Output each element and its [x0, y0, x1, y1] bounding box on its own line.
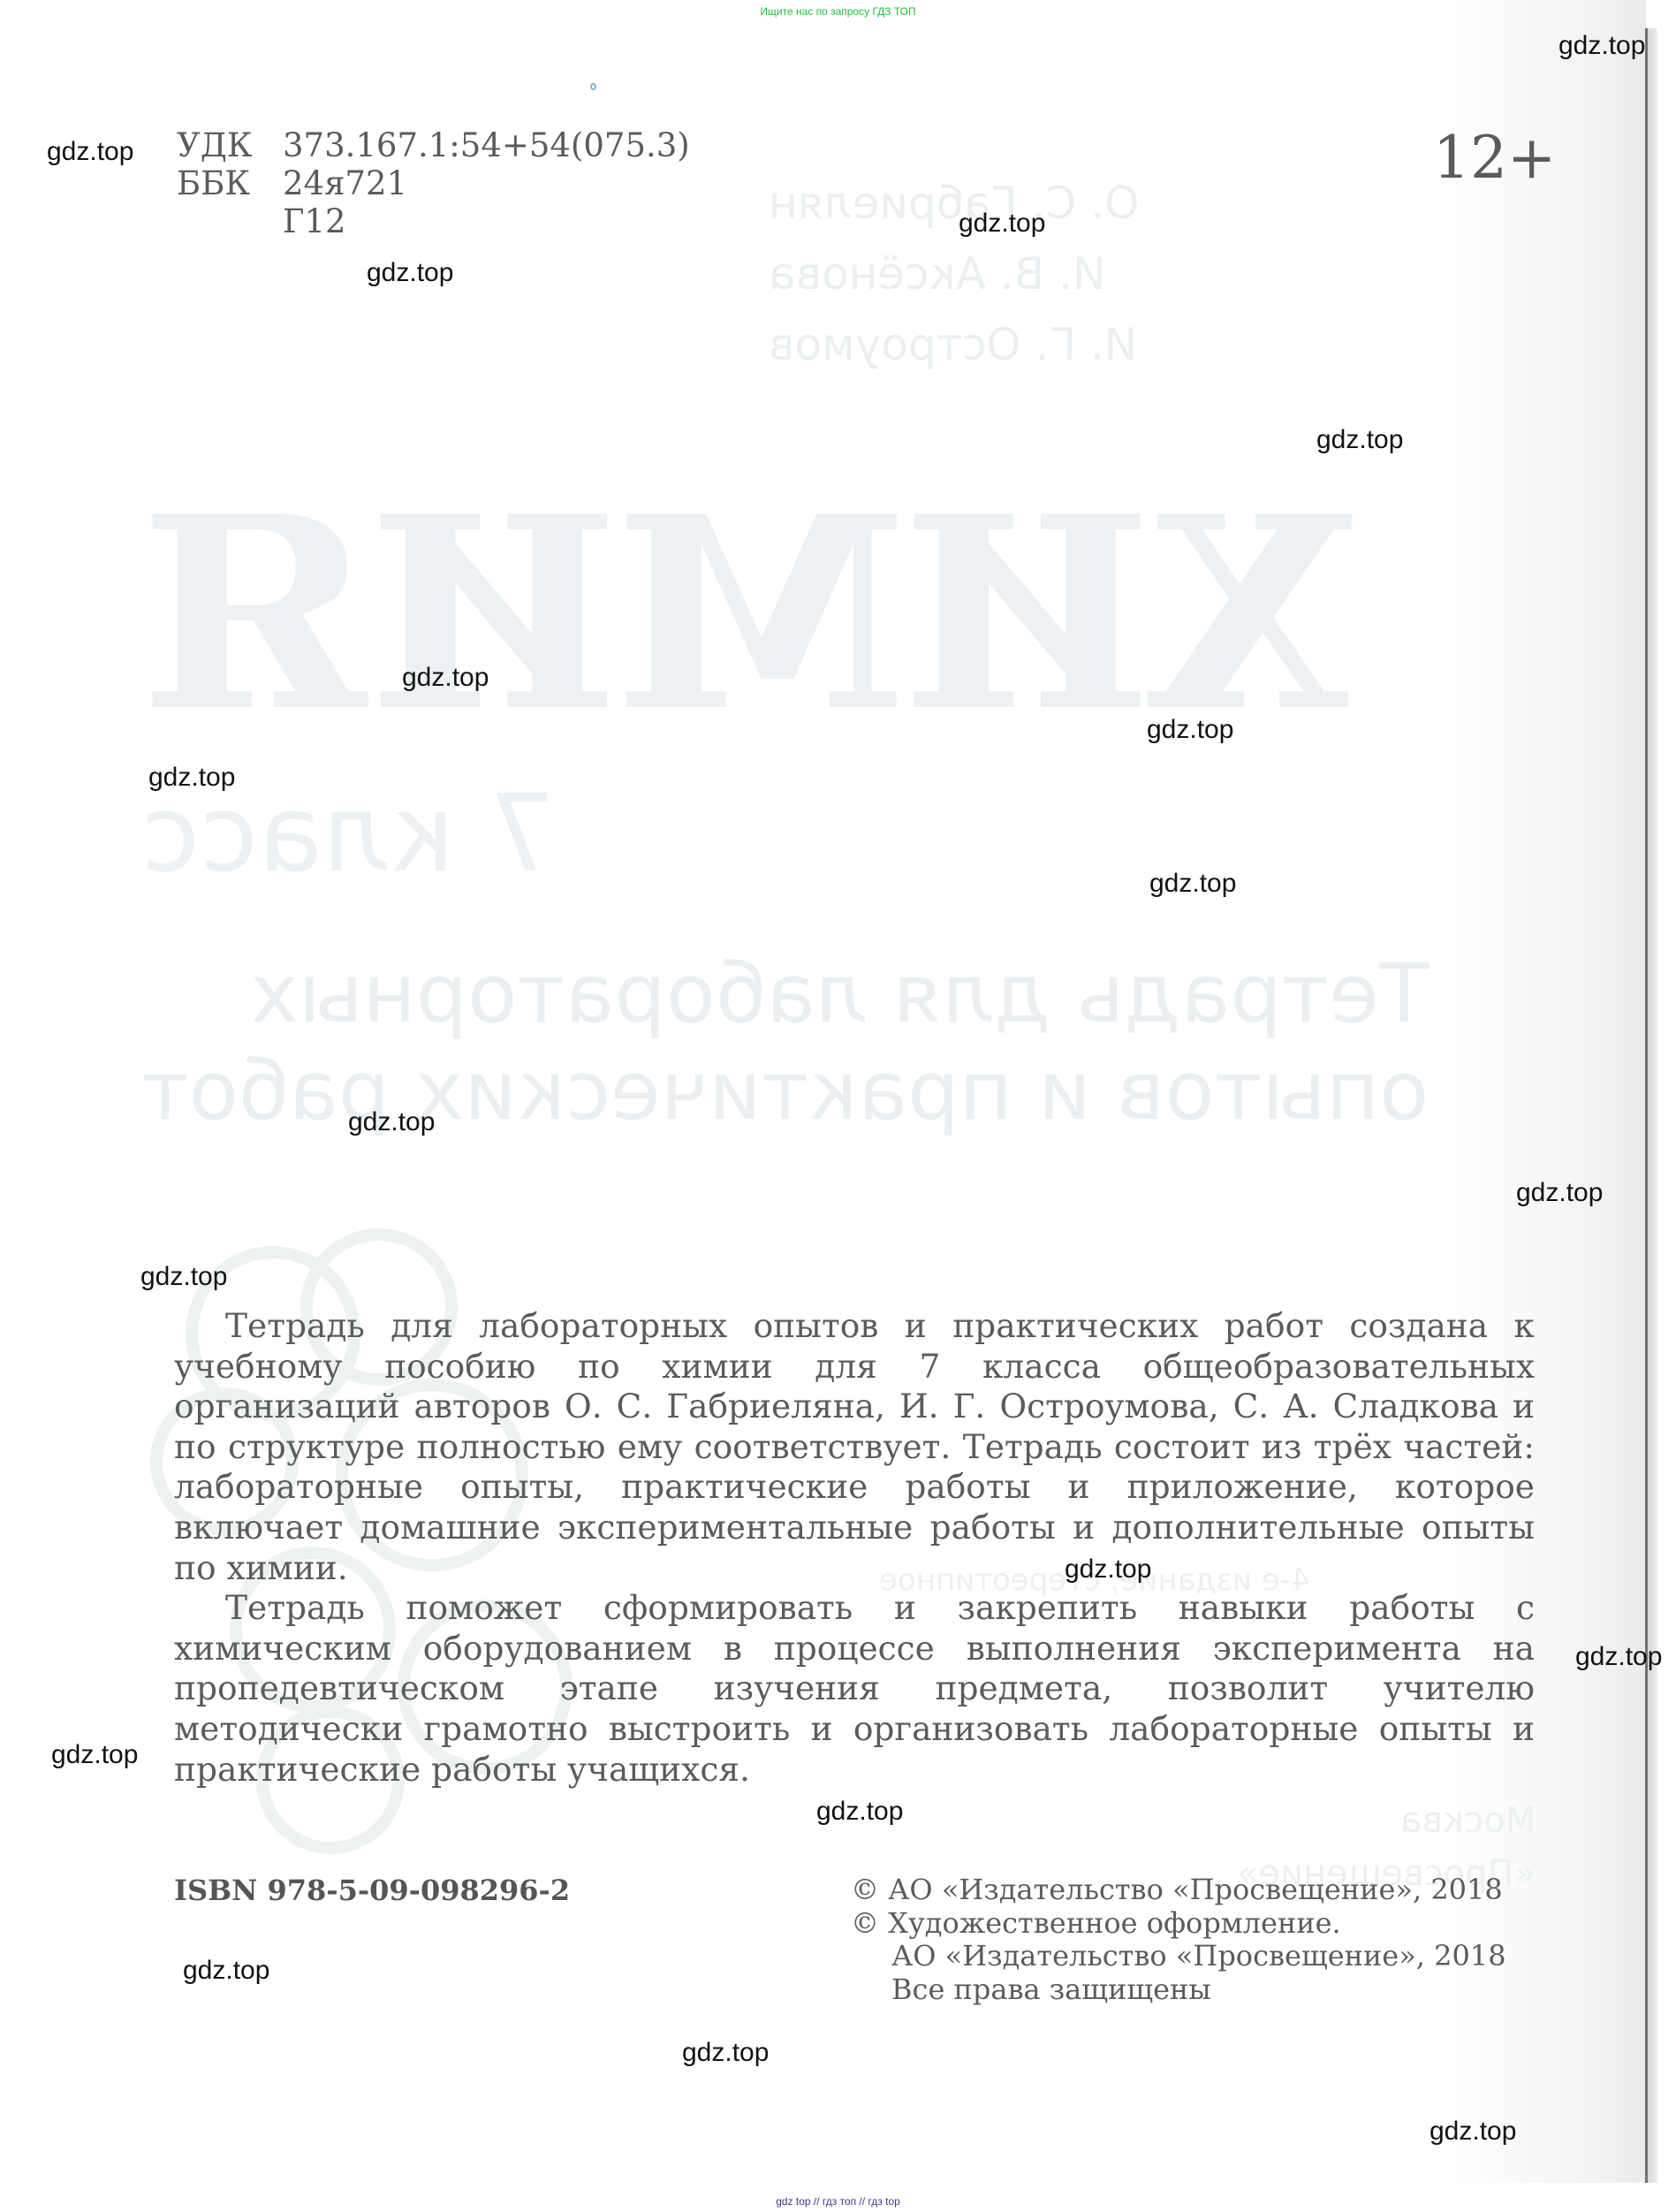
scan-speck — [590, 83, 596, 90]
watermark: gdz.top — [1575, 1642, 1662, 1672]
watermark: gdz.top — [140, 1262, 227, 1292]
watermark: gdz.top — [47, 137, 133, 167]
watermark: gdz.top — [959, 209, 1045, 239]
annotation-paragraph: Тетрадь поможет сформировать и закрепить… — [174, 1588, 1535, 1790]
isbn: ISBN 978-5-09-098296-2 — [174, 1874, 570, 1907]
copyright-line: АО «Издательство «Просвещение», 2018 — [851, 1940, 1506, 1973]
bleed-through-title: ХИМИЯ — [146, 482, 1353, 747]
udk-value: 373.167.1:54+54(075.3) — [283, 126, 690, 164]
bottom-banner[interactable]: gdz top // гдз топ // гдз top — [0, 2195, 1676, 2208]
scanned-page: О. С. Габриелян И. В. Аксёнова И. Г. Ост… — [0, 0, 1646, 2183]
watermark: gdz.top — [148, 763, 235, 793]
watermark: gdz.top — [183, 1956, 269, 1986]
copyright-line: © Художественное оформление. — [851, 1907, 1506, 1941]
author-mark: Г12 — [283, 202, 346, 240]
bleed-through-authors: О. С. Габриелян И. В. Аксёнова И. Г. Ост… — [769, 168, 1140, 380]
watermark: gdz.top — [1516, 1178, 1603, 1208]
bbk-value: 24я721 — [283, 164, 407, 202]
udk-label: УДК — [177, 126, 283, 164]
copyright-line: © АО «Издательство «Просвещение», 2018 — [851, 1874, 1506, 1907]
bleed-through-grade: 7 класс — [141, 778, 556, 893]
watermark: gdz.top — [1430, 2117, 1516, 2147]
annotation-paragraph: Тетрадь для лабораторных опытов и практи… — [174, 1306, 1535, 1588]
watermark: gdz.top — [348, 1107, 435, 1137]
page-edge-shadow — [1648, 28, 1657, 2183]
bleed-through-subtitle: Тетрадь для лабораторных опытов и практи… — [141, 946, 1429, 1140]
watermark: gdz.top — [402, 663, 489, 693]
watermark: gdz.top — [1149, 869, 1236, 899]
watermark: gdz.top — [367, 258, 453, 288]
watermark: gdz.top — [1316, 425, 1403, 455]
watermark: gdz.top — [1065, 1554, 1151, 1585]
annotation: Тетрадь для лабораторных опытов и практи… — [174, 1306, 1535, 1790]
classification-block: УДК373.167.1:54+54(075.3) ББК24я721 Г12 — [177, 126, 690, 240]
watermark: gdz.top — [682, 2038, 769, 2068]
rights-reserved: Все права защищены — [851, 1973, 1506, 2007]
watermark: gdz.top — [51, 1740, 138, 1770]
top-banner[interactable]: Ищите нас по запросу ГДЗ ТОП — [0, 5, 1676, 18]
age-rating: 12+ — [1433, 124, 1556, 192]
watermark: gdz.top — [1147, 715, 1233, 745]
watermark: gdz.top — [1558, 31, 1645, 61]
copyright-block: © АО «Издательство «Просвещение», 2018 ©… — [851, 1874, 1506, 2006]
watermark: gdz.top — [816, 1797, 903, 1827]
bbk-label: ББК — [177, 164, 283, 202]
